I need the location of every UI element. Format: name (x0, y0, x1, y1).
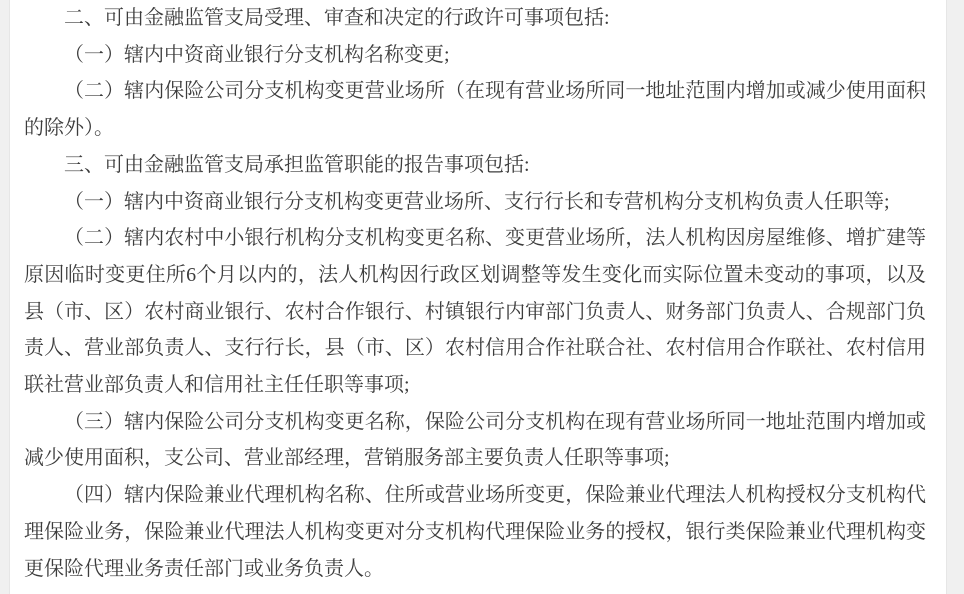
document-viewport: 二、可由金融监管支局受理、审查和决定的行政许可事项包括: （一）辖内中资商业银行… (0, 0, 964, 594)
document-page: 二、可由金融监管支局受理、审查和决定的行政许可事项包括: （一）辖内中资商业银行… (10, 0, 946, 594)
left-page-margin (0, 0, 10, 594)
paragraph-section-3-item-1: （一）辖内中资商业银行分支机构变更营业场所、支行行长和专营机构分支机构负责人任职… (24, 184, 926, 221)
paragraph-section-2-heading: 二、可由金融监管支局受理、审查和决定的行政许可事项包括: (24, 0, 926, 37)
paragraph-section-3-item-4: （四）辖内保险兼业代理机构名称、住所或营业场所变更，保险兼业代理法人机构授权分支… (24, 477, 926, 587)
paragraph-section-3-heading: 三、可由金融监管支局承担监管职能的报告事项包括: (24, 147, 926, 184)
right-page-margin (946, 0, 964, 594)
paragraph-section-3-item-2: （二）辖内农村中小银行机构分支机构变更名称、变更营业场所，法人机构因房屋维修、增… (24, 220, 926, 404)
paragraph-section-3-item-3: （三）辖内保险公司分支机构变更名称，保险公司分支机构在现有营业场所同一地址范围内… (24, 404, 926, 477)
paragraph-section-2-item-1: （一）辖内中资商业银行分支机构名称变更; (24, 37, 926, 74)
paragraph-section-2-item-2: （二）辖内保险公司分支机构变更营业场所（在现有营业场所同一地址范围内增加或减少使… (24, 73, 926, 146)
